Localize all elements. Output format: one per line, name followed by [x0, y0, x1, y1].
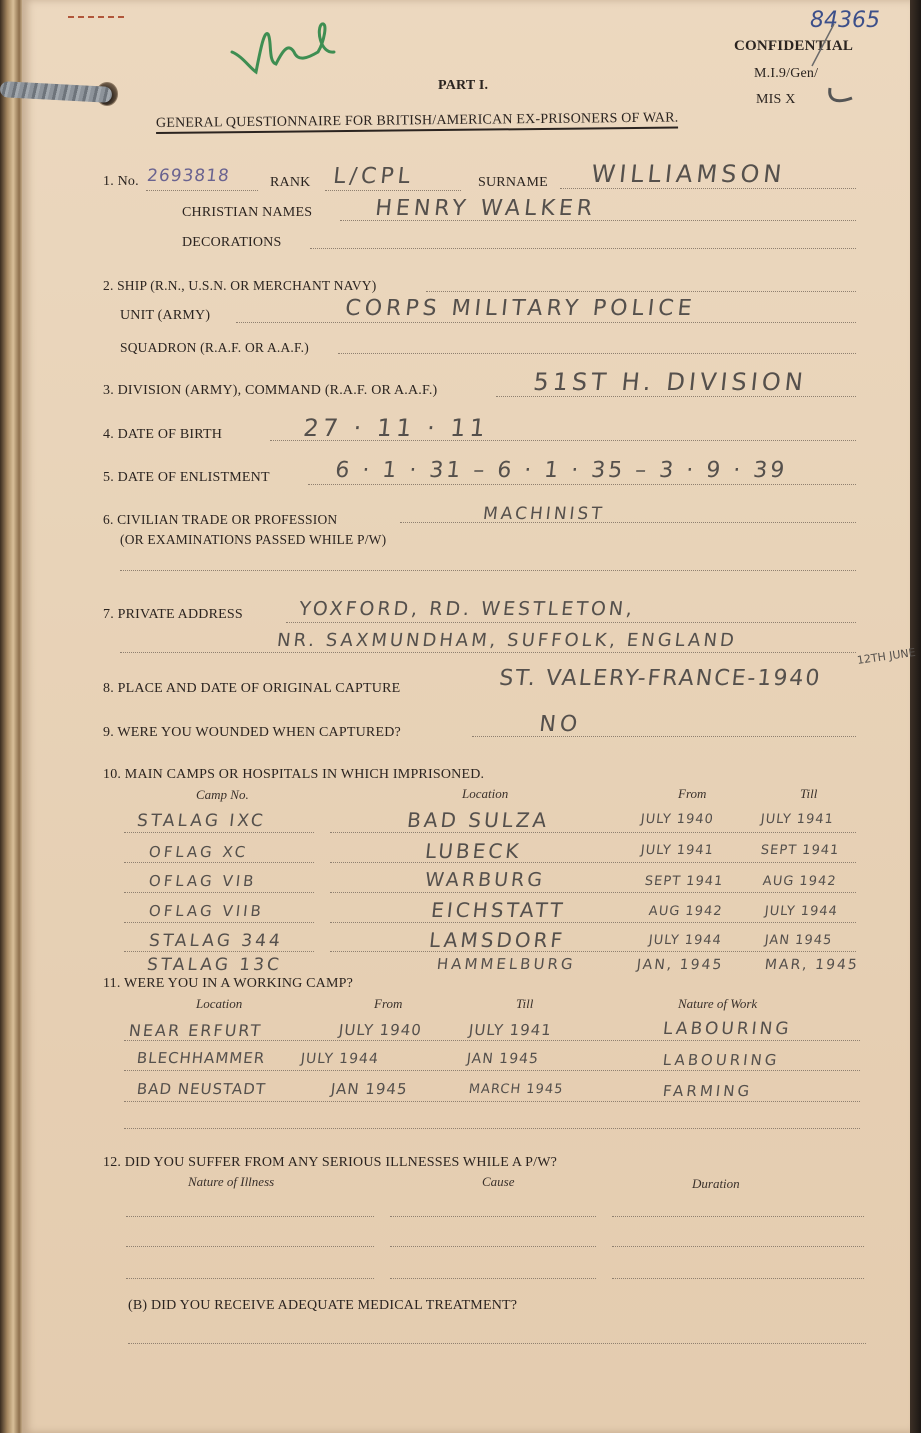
illness-col-cause: Cause: [482, 1174, 515, 1190]
camp-from: AUG 1942: [648, 904, 723, 919]
work-from: JULY 1940: [338, 1021, 423, 1039]
surname-value: WILLIAMSON: [590, 160, 787, 188]
department-label: MIS X: [756, 92, 796, 108]
camps-col-till: Till: [800, 786, 817, 802]
field-line: [308, 484, 856, 485]
camp-no: OFLAG VIIB: [148, 902, 265, 920]
camp-location: LAMSDORF: [428, 928, 566, 952]
page-edge-shadow: [910, 0, 921, 1433]
work-col-from: From: [374, 996, 402, 1012]
field-line: [400, 522, 856, 523]
work-col-location: Location: [196, 996, 242, 1012]
field-line: [124, 892, 314, 893]
illness-col-nature: Nature of Illness: [188, 1174, 274, 1190]
work-nature: LABOURING: [662, 1019, 793, 1039]
illness-cause-field: [390, 1278, 596, 1279]
illness-nature-field: [126, 1246, 374, 1247]
camp-no: STALAG 13C: [146, 955, 283, 975]
illness-duration-field: [612, 1216, 864, 1217]
field-line: [286, 622, 856, 623]
field-line: [124, 922, 314, 923]
work-nature: FARMING: [662, 1082, 753, 1100]
camps-col-location: Location: [462, 786, 508, 802]
address-line1: YOXFORD, RD. WESTLETON,: [298, 598, 636, 620]
wounded-value: NO: [538, 712, 582, 737]
field-line: [124, 1040, 860, 1041]
rank-label: RANK: [270, 175, 310, 191]
medical-treatment-field: [128, 1343, 866, 1344]
ship-field: [426, 291, 856, 292]
working-camp-label: 11. WERE YOU IN A WORKING CAMP?: [103, 976, 353, 992]
decorations-field: [310, 248, 856, 249]
check-mark-icon: [826, 86, 856, 106]
field-line: [124, 1101, 860, 1102]
field-line: [496, 396, 856, 397]
camp-from: JULY 1940: [640, 812, 715, 827]
binding-spine: [0, 0, 24, 1433]
camp-location: WARBURG: [424, 869, 546, 891]
field-line: [270, 440, 856, 441]
decorations-label: DECORATIONS: [182, 235, 281, 251]
camp-till: JULY 1944: [764, 904, 839, 919]
service-no-label: 1. No.: [103, 174, 139, 190]
field-line: [120, 570, 856, 571]
field-line: [124, 862, 314, 863]
wounded-label: 9. WERE YOU WOUNDED WHEN CAPTURED?: [103, 725, 401, 741]
work-from: JULY 1944: [300, 1051, 380, 1067]
illness-duration-field: [612, 1246, 864, 1247]
medical-treatment-label: (b) DID YOU RECEIVE ADEQUATE MEDICAL TRE…: [128, 1298, 517, 1314]
pencil-stroke: [808, 20, 838, 70]
camp-no: OFLAG XC: [148, 843, 249, 861]
capture-value: ST. VALERY-FRANCE-1940: [498, 666, 823, 691]
work-location: BLECHHAMMER: [136, 1049, 266, 1067]
trade-value: MACHINIST: [482, 504, 606, 524]
division-label: 3. DIVISION (ARMY), COMMAND (R.A.F. or A…: [103, 383, 437, 399]
work-till: JAN 1945: [466, 1051, 540, 1067]
work-location: BAD NEUSTADT: [136, 1080, 267, 1098]
camp-location: LUBECK: [424, 839, 523, 863]
field-line: [236, 322, 856, 323]
field-line: [330, 892, 856, 893]
camp-location: HAMMELBURG: [436, 955, 576, 973]
camps-col-camp: Camp No.: [196, 787, 249, 803]
field-line: [124, 951, 314, 952]
signature-icon: [228, 12, 348, 76]
enlistment-label: 5. DATE OF ENLISTMENT: [103, 470, 270, 486]
field-line: [330, 951, 856, 952]
address-label: 7. PRIVATE ADDRESS: [103, 607, 243, 623]
field-line: [124, 832, 314, 833]
part-label: PART I.: [438, 78, 488, 94]
christian-names-value: HENRY WALKER: [374, 196, 597, 221]
camp-from: SEPT 1941: [644, 874, 724, 889]
field-line: [124, 1070, 860, 1071]
work-nature: LABOURING: [662, 1051, 780, 1069]
surname-label: SURNAME: [478, 175, 548, 191]
illness-duration-field: [612, 1278, 864, 1279]
work-from: JAN 1945: [330, 1080, 408, 1098]
dob-label: 4. DATE OF BIRTH: [103, 427, 222, 443]
camp-from: JULY 1941: [640, 843, 715, 858]
camp-no: OFLAG VIB: [148, 872, 257, 890]
camps-label: 10. MAIN CAMPS OR HOSPITALS IN WHICH IMP…: [103, 767, 484, 783]
unit-value: CORPS MILITARY POLICE: [344, 296, 697, 321]
camp-till: JULY 1941: [760, 812, 835, 827]
work-location: NEAR ERFURT: [128, 1021, 263, 1040]
camp-till: MAR, 1945: [764, 957, 860, 973]
ship-label: 2. SHIP (R.N., U.S.N. or MERCHANT NAVY): [103, 278, 376, 294]
empty-field-line: [124, 1128, 860, 1129]
camp-from: JULY 1944: [648, 933, 723, 948]
camp-till: AUG 1942: [762, 874, 837, 889]
christian-names-label: CHRISTIAN NAMES: [182, 205, 312, 221]
camps-col-from: From: [678, 786, 706, 802]
squadron-label: SQUADRON (R.A.F. or A.A.F.): [120, 340, 309, 356]
camp-location: EICHSTATT: [430, 898, 567, 922]
field-line: [330, 832, 856, 833]
trade-label: 6. CIVILIAN TRADE OR PROFESSION: [103, 512, 337, 528]
illness-cause-field: [390, 1246, 596, 1247]
field-line: [340, 220, 856, 221]
illness-label: 12. DID YOU SUFFER FROM ANY SERIOUS ILLN…: [103, 1155, 557, 1171]
unit-label: UNIT (ARMY): [120, 308, 210, 324]
service-no-value: 2693818: [146, 166, 231, 186]
camp-location: BAD SULZA: [406, 808, 551, 832]
camp-no: STALAG 344: [148, 931, 284, 951]
rank-value: L/CPL: [332, 164, 415, 189]
squadron-field: [338, 353, 856, 354]
field-line: [146, 190, 258, 191]
field-line: [330, 922, 856, 923]
trade-sublabel: (OR EXAMINATIONS PASSED WHILE P/W): [120, 532, 386, 548]
work-col-nature: Nature of Work: [678, 996, 757, 1012]
field-line: [330, 862, 856, 863]
dob-value: 27 · 11 · 11: [302, 414, 490, 442]
field-line: [325, 190, 461, 191]
work-col-till: Till: [516, 996, 533, 1012]
capture-label: 8. PLACE AND DATE OF ORIGINAL CAPTURE: [103, 681, 400, 697]
camp-no: STALAG IXC: [136, 811, 267, 831]
work-till: MARCH 1945: [468, 1082, 564, 1097]
field-line: [560, 188, 856, 189]
illness-nature-field: [126, 1216, 374, 1217]
camp-till: JAN 1945: [764, 933, 833, 948]
illness-col-duration: Duration: [692, 1176, 740, 1192]
camp-from: JAN, 1945: [636, 957, 724, 973]
illness-cause-field: [390, 1216, 596, 1217]
illness-nature-field: [126, 1278, 374, 1279]
camp-till: SEPT 1941: [760, 843, 840, 858]
field-line: [120, 652, 856, 653]
division-value: 51ST H. DIVISION: [532, 368, 808, 396]
work-till: JULY 1941: [468, 1021, 553, 1039]
ink-mark: [68, 16, 124, 22]
field-line: [472, 736, 856, 737]
enlistment-value: 6 · 1 · 31 – 6 · 1 · 35 – 3 · 9 · 39: [334, 458, 788, 483]
address-line2: NR. SAXMUNDHAM, SUFFOLK, ENGLAND: [276, 630, 738, 651]
